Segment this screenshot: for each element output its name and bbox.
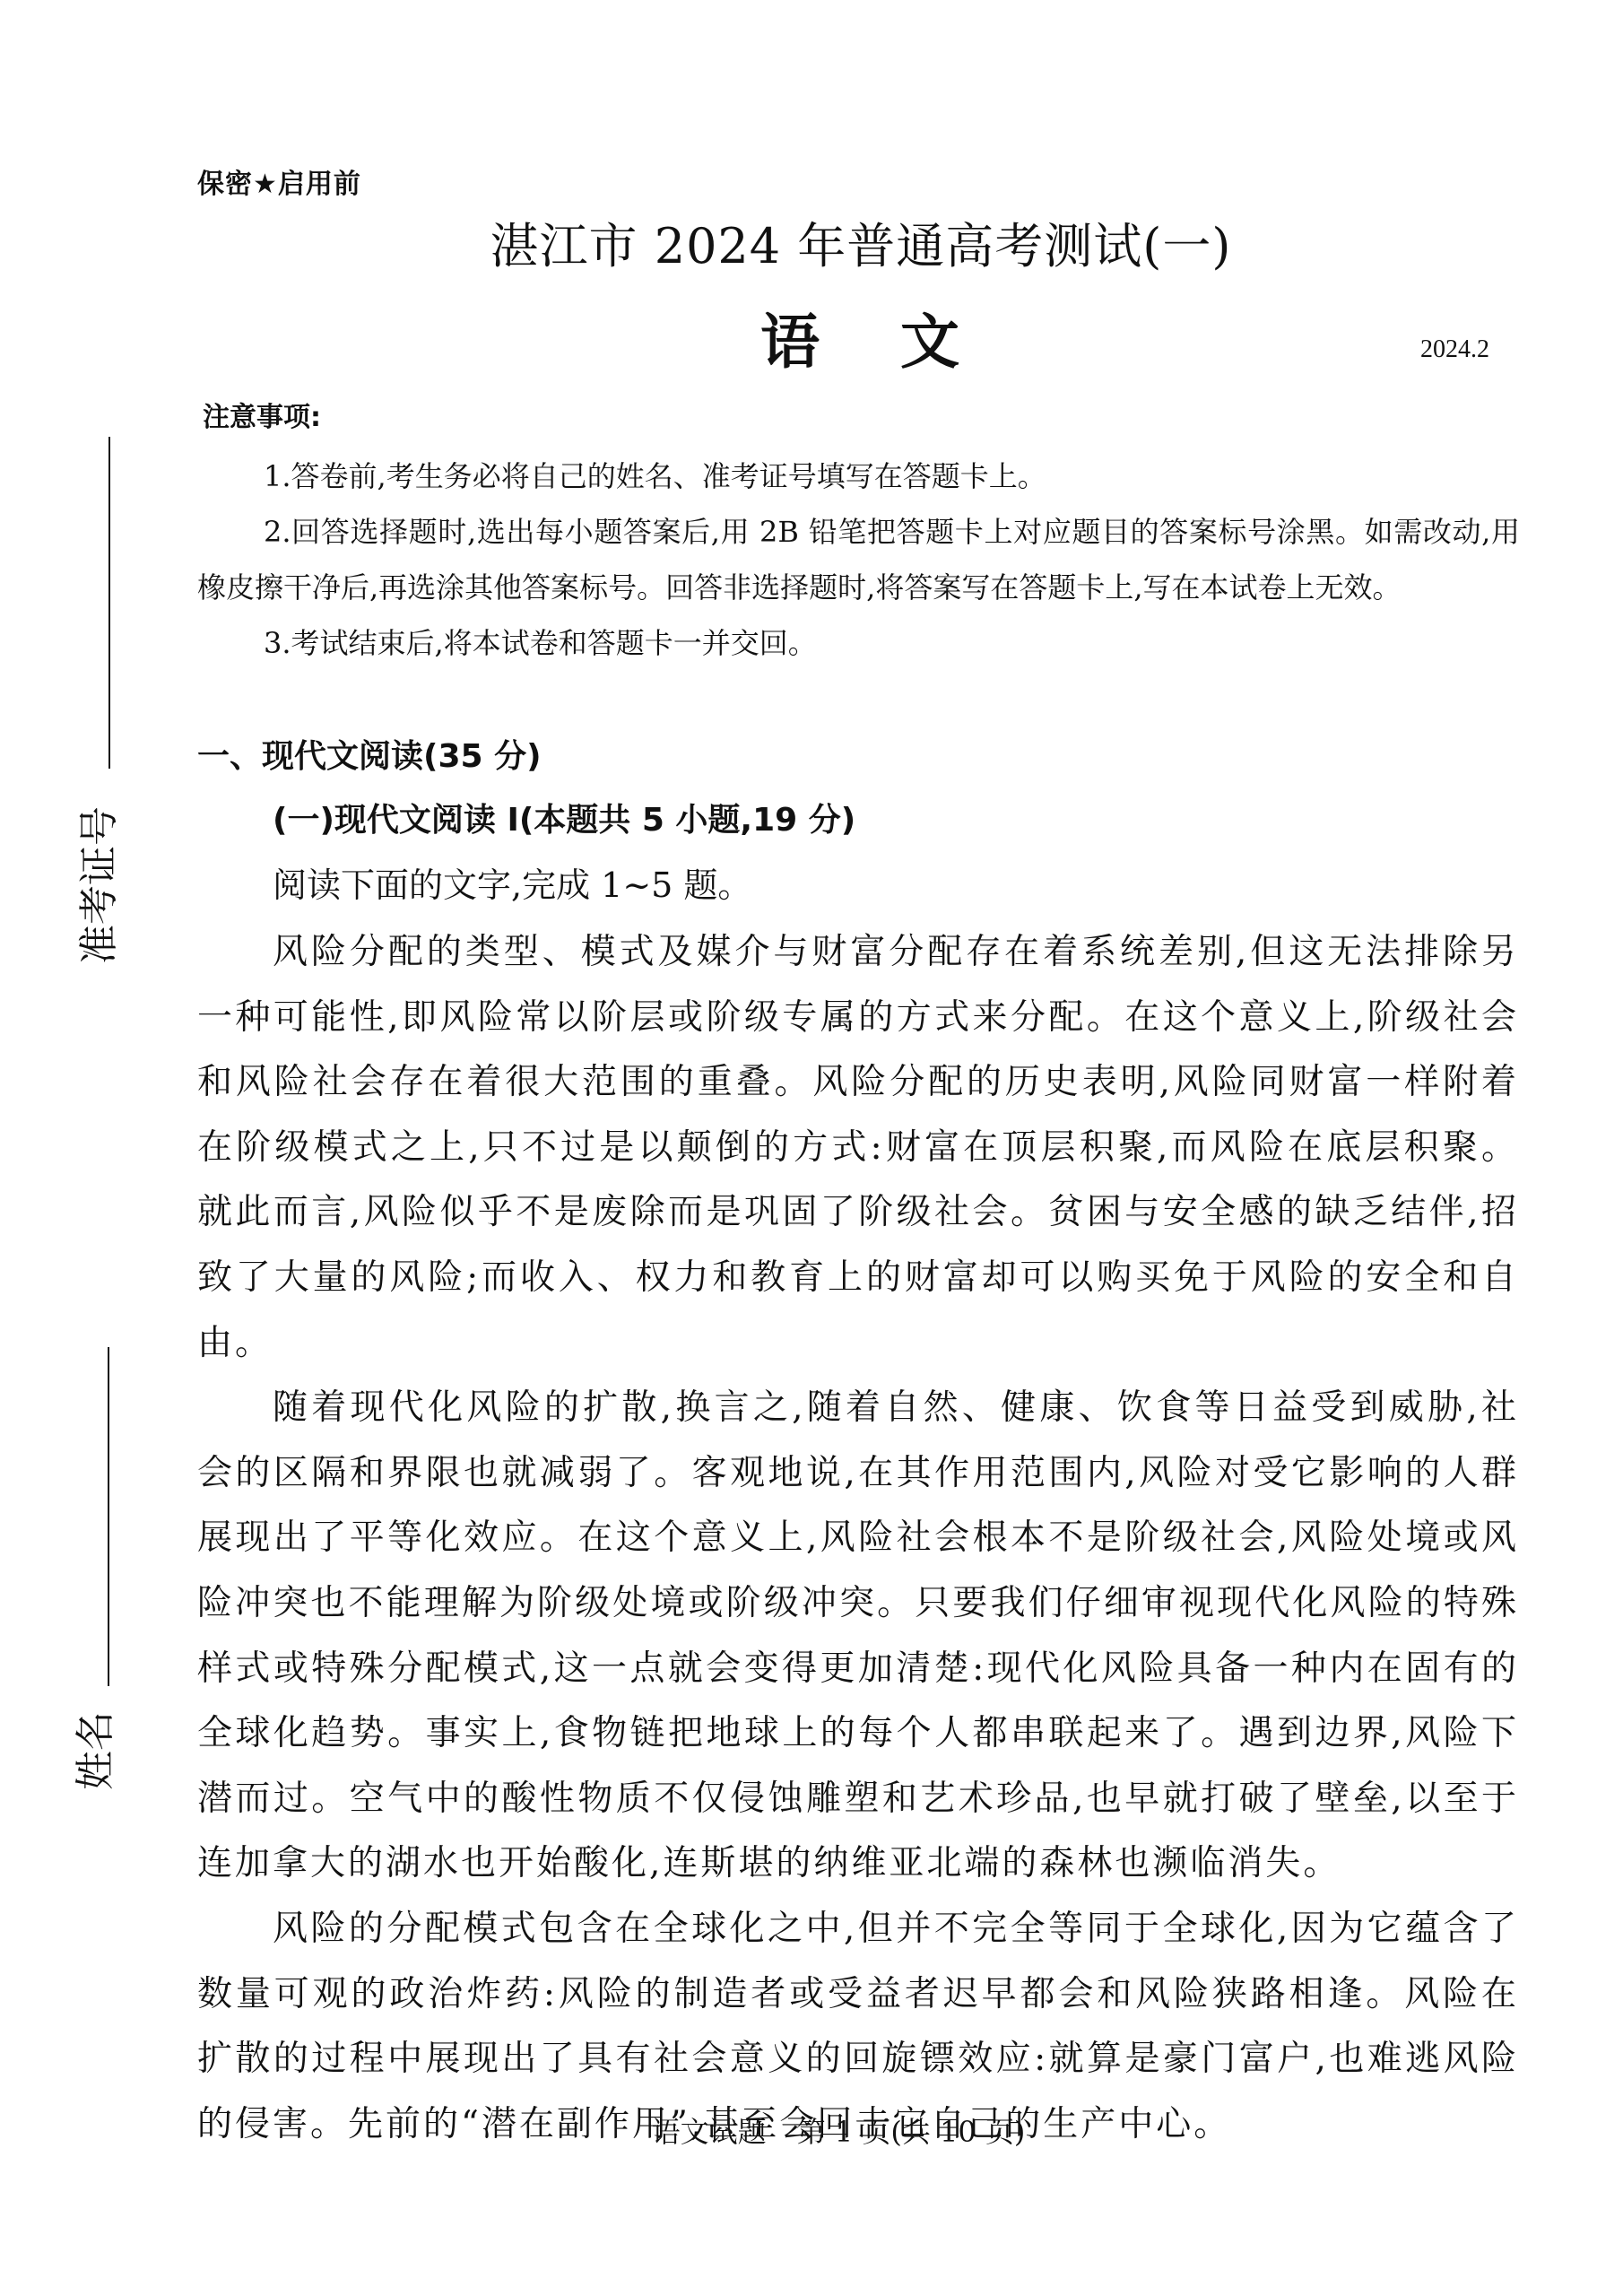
exam-title: 湛江市 2024 年普通高考测试(一) [0,208,1623,277]
subsection-heading: (一)现代文阅读 I(本题共 5 小题,19 分) [273,795,855,840]
exam-id-label: 准考证号 [66,806,124,964]
notes-list: 1.答卷前,考生务必将自己的姓名、准考证号填写在答题卡上。 2.回答选择题时,选… [197,448,1520,671]
passage-paragraph: 风险分配的类型、模式及媒介与财富分配存在着系统差别,但这无法排除另一种可能性,即… [197,920,1519,1376]
note-item: 2.回答选择题时,选出每小题答案后,用 2B 铅笔把答题卡上对应题目的答案标号涂… [197,504,1520,615]
name-label: 姓名 [63,1711,120,1790]
section-heading: 一、现代文阅读(35 分) [197,731,542,777]
name-blank-line[interactable] [108,1347,109,1686]
confidential-mark: 保密★启用前 [197,161,361,201]
page-footer: 语文试题第 1 页(共 10 页) [0,2109,1623,2151]
note-item: 1.答卷前,考生务必将自己的姓名、准考证号填写在答题卡上。 [197,448,1520,504]
note-item: 3.考试结束后,将本试卷和答题卡一并交回。 [197,615,1520,671]
footer-subject: 语文试题 [652,2115,767,2149]
notes-title: 注意事项: [203,395,321,434]
subject-title: 语文 [0,294,1623,379]
reading-instruction: 阅读下面的文字,完成 1~5 题。 [273,857,751,907]
page-number: 第 1 页(共 10 页) [797,2115,1026,2149]
exam-date: 2024.2 [1420,335,1489,364]
reading-passage: 风险分配的类型、模式及媒介与财富分配存在着系统差别,但这无法排除另一种可能性,即… [197,920,1519,2157]
exam-id-blank-line[interactable] [108,437,110,769]
passage-paragraph: 随着现代化风险的扩散,换言之,随着自然、健康、饮食等日益受到威胁,社会的区隔和界… [197,1376,1519,1897]
